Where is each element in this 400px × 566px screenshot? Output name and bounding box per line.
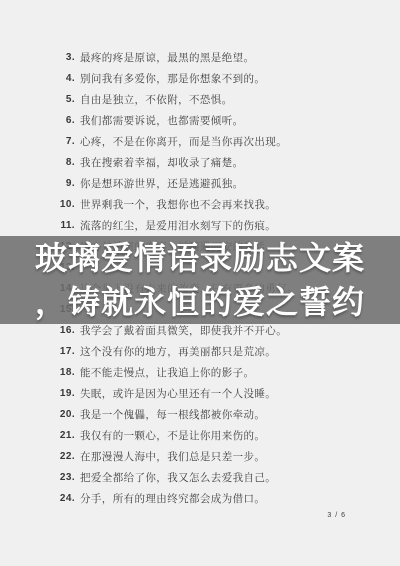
item-number: 11. — [0, 220, 80, 231]
item-number: 24. — [0, 493, 80, 504]
item-number: 9. — [0, 178, 80, 189]
list-item: 7.心疼，不是在你离开，而是当你再次出现。 — [0, 131, 400, 152]
item-text: 自由是独立，不依附，不恐惧。 — [80, 92, 400, 107]
item-number: 19. — [0, 388, 80, 399]
list-item: 17.这个没有你的地方，再美丽都只是荒凉。 — [0, 341, 400, 362]
list-item: 8.我在搜索着幸福，却收录了痛楚。 — [0, 152, 400, 173]
page-number-indicator: 3 / 6 — [327, 512, 346, 519]
title-overlay-banner: 玻璃爱情语录励志文案 ，铸就永恒的爱之誓约 — [0, 236, 400, 324]
item-text: 我仅有的一颗心，不是让你用来伤的。 — [80, 428, 400, 443]
item-text: 我在搜索着幸福，却收录了痛楚。 — [80, 155, 400, 170]
list-item: 3.最疼的疼是原谅，最黑的黑是绝望。 — [0, 47, 400, 68]
list-item: 21.我仅有的一颗心，不是让你用来伤的。 — [0, 425, 400, 446]
list-item: 9.你是想环游世界，还是逃避孤独。 — [0, 173, 400, 194]
list-item: 5.自由是独立，不依附，不恐惧。 — [0, 89, 400, 110]
banner-title-line2: ，铸就永恒的爱之誓约 — [0, 280, 400, 324]
list-item: 10.世界剩我一个，我想你也不会再来找我。 — [0, 194, 400, 215]
list-item: 19.失眠，或许是因为心里还有一个人没睡。 — [0, 383, 400, 404]
item-number: 6. — [0, 115, 80, 126]
item-number: 7. — [0, 136, 80, 147]
list-item: 18.能不能走慢点，让我追上你的影子。 — [0, 362, 400, 383]
item-number: 21. — [0, 430, 80, 441]
item-text: 心疼，不是在你离开，而是当你再次出现。 — [80, 134, 400, 149]
item-number: 22. — [0, 451, 80, 462]
list-item: 4.别问我有多爱你，那是你想象不到的。 — [0, 68, 400, 89]
item-text: 我是一个傀儡，每一根线都被你牵动。 — [80, 407, 400, 422]
item-number: 20. — [0, 409, 80, 420]
item-text: 在那漫漫人海中，我们总是只差一步。 — [80, 449, 400, 464]
item-number: 17. — [0, 346, 80, 357]
item-text: 别问我有多爱你，那是你想象不到的。 — [80, 71, 400, 86]
list-item: 11.流落的红尘，是爱用泪水刻写下的伤痕。 — [0, 215, 400, 236]
list-item: 20.我是一个傀儡，每一根线都被你牵动。 — [0, 404, 400, 425]
item-number: 4. — [0, 73, 80, 84]
list-item: 22.在那漫漫人海中，我们总是只差一步。 — [0, 446, 400, 467]
list-item: 24.分手，所有的理由终究都会成为借口。 — [0, 488, 400, 509]
item-text: 我们都需要诉说，也都需要倾听。 — [80, 113, 400, 128]
item-number: 5. — [0, 94, 80, 105]
item-text: 失眠，或许是因为心里还有一个人没睡。 — [80, 386, 400, 401]
item-text: 把爱全都给了你，我又怎么去爱我自己。 — [80, 470, 400, 485]
item-text: 这个没有你的地方，再美丽都只是荒凉。 — [80, 344, 400, 359]
item-number: 8. — [0, 157, 80, 168]
item-number: 18. — [0, 367, 80, 378]
document-page: 3.最疼的疼是原谅，最黑的黑是绝望。4.别问我有多爱你，那是你想象不到的。5.自… — [0, 0, 400, 566]
item-text: 你是想环游世界，还是逃避孤独。 — [80, 176, 400, 191]
item-number: 23. — [0, 472, 80, 483]
item-text: 能不能走慢点，让我追上你的影子。 — [80, 365, 400, 380]
item-text: 世界剩我一个，我想你也不会再来找我。 — [80, 197, 400, 212]
banner-title-line1: 玻璃爱情语录励志文案 — [0, 236, 400, 280]
item-text: 最疼的疼是原谅，最黑的黑是绝望。 — [80, 50, 400, 65]
item-number: 3. — [0, 52, 80, 63]
item-number: 10. — [0, 199, 80, 210]
item-text: 流落的红尘，是爱用泪水刻写下的伤痕。 — [80, 218, 400, 233]
item-number: 16. — [0, 325, 80, 336]
item-text: 分手，所有的理由终究都会成为借口。 — [80, 491, 400, 506]
list-item: 23.把爱全都给了你，我又怎么去爱我自己。 — [0, 467, 400, 488]
list-item: 6.我们都需要诉说，也都需要倾听。 — [0, 110, 400, 131]
item-text: 我学会了戴着面具微笑，即使我并不开心。 — [80, 323, 400, 338]
